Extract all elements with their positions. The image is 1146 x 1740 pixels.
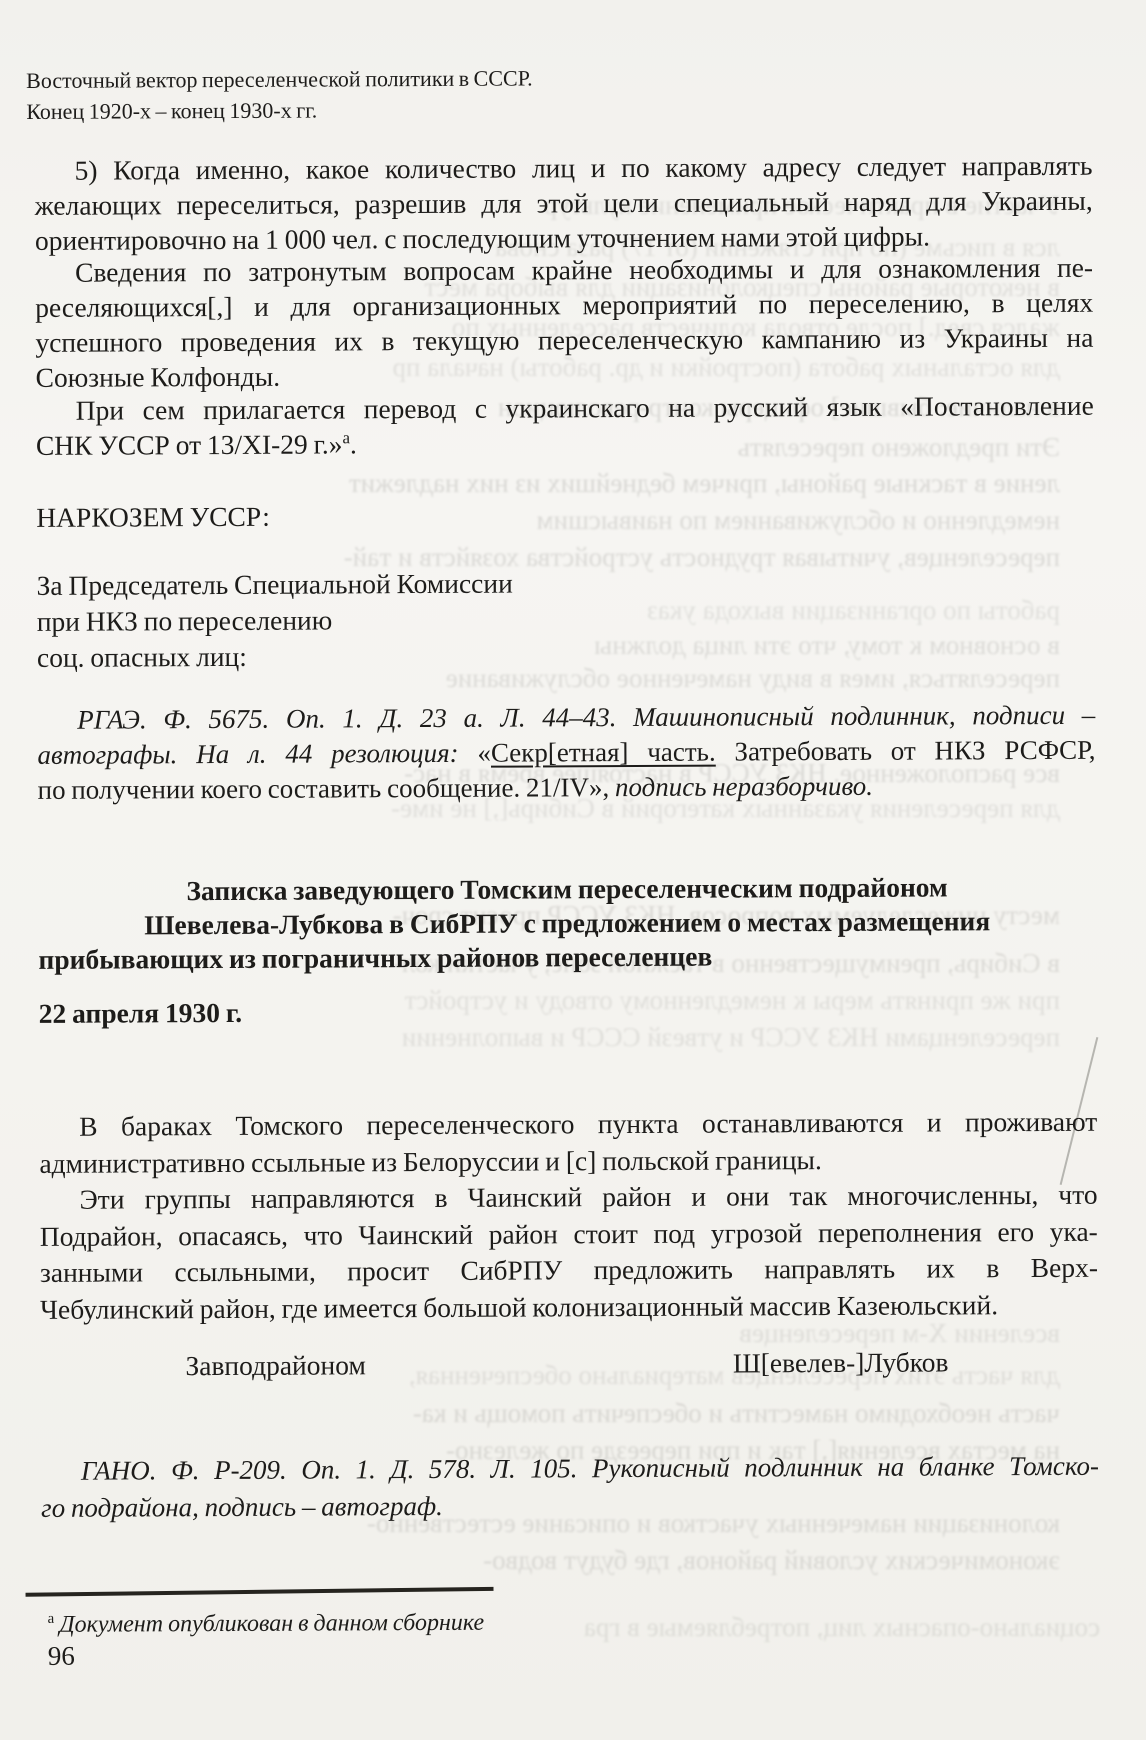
text-line: Шевелева-Лубкова в СибРПУ с предложением…: [38, 904, 1096, 943]
footnote-rule: [26, 1587, 494, 1597]
signature-role: Завподрайоном: [185, 1347, 366, 1383]
text-line: За Председатель Специальной Комиссии: [37, 563, 1095, 604]
text-line: РГАЭ. Ф. 5675. Оп. 1. Д. 23 а. Л. 44–43.…: [37, 698, 1095, 738]
text-line: занными ссыльными, просит СибРПУ предлож…: [40, 1250, 1098, 1292]
text-line: Подрайон, опасаясь, что Чаинский район с…: [40, 1213, 1098, 1255]
footnote-marker: а: [48, 1611, 55, 1627]
scanned-document-page: Участие в практическое применение культу…: [0, 0, 1146, 1740]
doc2-date: 22 апреля 1930 г.: [39, 991, 1097, 1031]
doc1-archive-reference: РГАЭ. Ф. 5675. Оп. 1. Д. 23 а. Л. 44–43.…: [37, 698, 1096, 808]
text-line: Эти группы направляются в Чаинский район…: [40, 1177, 1098, 1219]
text-line: Чебулинский район, где имеется большой к…: [40, 1286, 1098, 1328]
doc1-sender: НАРКОЗЕМ УССР:: [36, 495, 1094, 535]
text-line: ГАНО. Ф. Р-209. Оп. 1. Д. 578. Л. 105. Р…: [41, 1448, 1099, 1490]
text-line: по получении коего составить сообщение. …: [38, 768, 1096, 808]
text-line: при НКЗ по переселению: [37, 599, 1095, 640]
text-line: реселяющихся[,] и для организационных ме…: [35, 285, 1093, 325]
doc2-paragraph-2: Эти группы направляются в Чаинский район…: [40, 1177, 1099, 1328]
text-line: желающих переселиться, разрешив для этой…: [35, 183, 1093, 223]
text-line: го подрайона, подпись – автограф.: [41, 1485, 1099, 1527]
text-line: автографы. На л. 44 резолюция: «Секр[етн…: [37, 733, 1095, 773]
sender-label: НАРКОЗЕМ УССР:: [36, 495, 1094, 535]
doc2-signature-row: Завподрайоном Ш[евелев-]Лубков: [40, 1344, 1098, 1384]
text-line: Восточный вектор переселенческой политик…: [26, 60, 1084, 96]
text-line: В бараках Томского переселенческого пунк…: [39, 1104, 1097, 1146]
doc1-paragraph-2: Сведения по затронутым вопросам крайне н…: [35, 250, 1094, 395]
text-line: 5) Когда именно, какое количество лиц и …: [34, 148, 1092, 188]
text-line: Конец 1920-х – конец 1930-х гг.: [26, 91, 1084, 127]
doc2-archive-reference: ГАНО. Ф. Р-209. Оп. 1. Д. 578. Л. 105. Р…: [41, 1448, 1099, 1527]
text-line: Сведения по затронутым вопросам крайне н…: [35, 250, 1093, 290]
signature-name: Ш[евелев-]Лубков: [733, 1344, 949, 1380]
doc2-heading: Записка заведующего Томским переселенчес…: [38, 870, 1096, 977]
doc1-paragraph-3: При сем прилагается перевод с украинскаг…: [36, 388, 1094, 463]
doc2-paragraph-1: В бараках Томского переселенческого пунк…: [39, 1104, 1097, 1182]
date-text: 22 апреля 1930 г.: [39, 991, 1097, 1031]
text-line: Записка заведующего Томским переселенчес…: [38, 870, 1096, 909]
doc1-signer: За Председатель Специальной Комиссиипри …: [37, 563, 1096, 676]
running-header: Восточный вектор переселенческой политик…: [26, 60, 1084, 127]
text-line: прибывающих из пограничных районов перес…: [38, 938, 1096, 977]
text-line: административно ссыльные из Белоруссии и…: [39, 1140, 1097, 1182]
text-line: При сем прилагается перевод с украинскаг…: [36, 388, 1094, 428]
doc1-paragraph-1: 5) Когда именно, какое количество лиц и …: [34, 148, 1093, 258]
page-number: 96: [48, 1634, 1106, 1674]
text-line: соц. опасных лиц:: [37, 635, 1095, 676]
page-content: Восточный вектор переселенческой политик…: [0, 0, 1146, 1740]
text-line: успешного проведения их в текущую пересе…: [35, 320, 1093, 360]
text-line: СНК УССР от 13/XI-29 г.»а.: [36, 423, 1094, 463]
